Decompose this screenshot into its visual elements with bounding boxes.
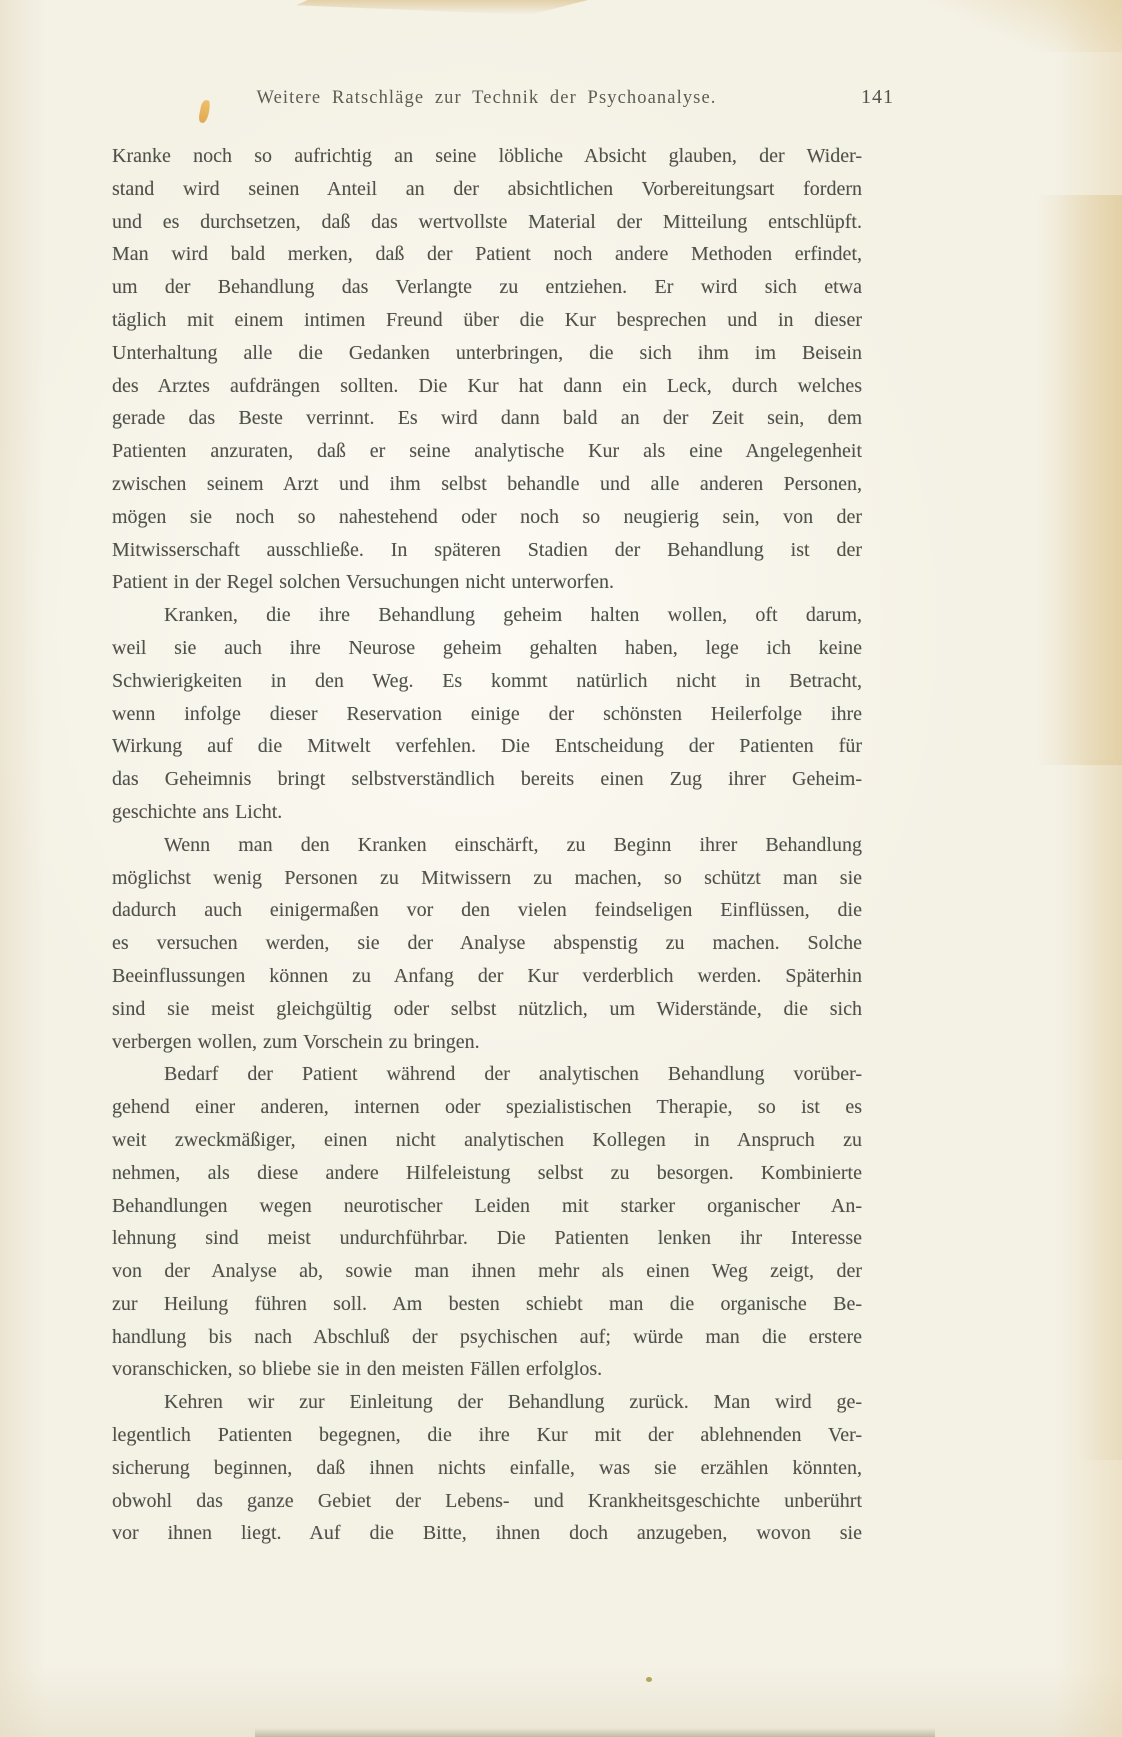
text-line: handlung bis nach Abschluß der psychisch… [112, 1321, 862, 1354]
top-right-corner-shading [912, 0, 1122, 52]
bottom-edge-shadow [255, 1728, 935, 1737]
text-line: Wenn man den Kranken einschärft, zu Begi… [112, 829, 862, 862]
book-page: Weitere Ratschläge zur Technik der Psych… [0, 0, 1122, 1737]
text-line: nehmen, als diese andere Hilfeleistung s… [112, 1157, 862, 1190]
page-header: Weitere Ratschläge zur Technik der Psych… [112, 86, 894, 109]
text-line: Man wird bald merken, daß der Patient no… [112, 238, 862, 271]
text-line: obwohl das ganze Gebiet der Lebens- und … [112, 1485, 862, 1518]
text-line: des Arztes aufdrängen sollten. Die Kur h… [112, 370, 862, 403]
right-edge-shading [1037, 195, 1122, 765]
text-line: lehnung sind meist undurchführbar. Die P… [112, 1222, 862, 1255]
page-number: 141 [861, 86, 894, 109]
text-line: vor ihnen liegt. Auf die Bitte, ihnen do… [112, 1517, 862, 1550]
text-line: Beeinflussungen können zu Anfang der Kur… [112, 960, 862, 993]
text-line: Patient in der Regel solchen Versuchunge… [112, 566, 862, 599]
text-line: legentlich Patienten begegnen, die ihre … [112, 1419, 862, 1452]
text-line: es versuchen werden, sie der Analyse abs… [112, 927, 862, 960]
top-edge-shadow [296, 0, 588, 15]
text-line: stand wird seinen Anteil an der absichtl… [112, 173, 862, 206]
text-line: weil sie auch ihre Neurose geheim gehalt… [112, 632, 862, 665]
text-line: Wirkung auf die Mitwelt verfehlen. Die E… [112, 730, 862, 763]
text-line: weit zweckmäßiger, einen nicht analytisc… [112, 1124, 862, 1157]
text-line: täglich mit einem intimen Freund über di… [112, 304, 862, 337]
text-line: gehend einer anderen, internen oder spez… [112, 1091, 862, 1124]
text-line: sind sie meist gleichgültig oder selbst … [112, 993, 862, 1026]
text-line: Kehren wir zur Einleitung der Behandlung… [112, 1386, 862, 1419]
running-title: Weitere Ratschläge zur Technik der Psych… [112, 88, 861, 109]
text-line: verbergen wollen, zum Vorschein zu bring… [112, 1026, 862, 1059]
right-edge-shading-lower [1077, 760, 1122, 1460]
body-text: Kranke noch so aufrichtig an seine löbli… [112, 140, 862, 1550]
text-line: Schwierigkeiten in den Weg. Es kommt nat… [112, 665, 862, 698]
text-line: Behandlungen wegen neurotischer Leiden m… [112, 1190, 862, 1223]
text-line: geschichte ans Licht. [112, 796, 862, 829]
text-line: und es durchsetzen, daß das wertvollste … [112, 206, 862, 239]
text-line: Kranke noch so aufrichtig an seine löbli… [112, 140, 862, 173]
text-line: Mitwisserschaft ausschließe. In späteren… [112, 534, 862, 567]
text-line: möglichst wenig Personen zu Mitwissern z… [112, 862, 862, 895]
text-line: das Geheimnis bringt selbstverständlich … [112, 763, 862, 796]
text-line: Patienten anzuraten, daß er seine analyt… [112, 435, 862, 468]
text-line: Bedarf der Patient während der analytisc… [112, 1058, 862, 1091]
text-line: mögen sie noch so nahestehend oder noch … [112, 501, 862, 534]
text-line: um der Behandlung das Verlangte zu entzi… [112, 271, 862, 304]
text-line: dadurch auch einigermaßen vor den vielen… [112, 894, 862, 927]
text-line: zur Heilung führen soll. Am besten schie… [112, 1288, 862, 1321]
text-line: voranschicken, so bliebe sie in den meis… [112, 1353, 862, 1386]
text-line: wenn infolge dieser Reservation einige d… [112, 698, 862, 731]
text-line: zwischen seinem Arzt und ihm selbst beha… [112, 468, 862, 501]
speck-stain [646, 1677, 652, 1682]
text-line: sicherung beginnen, daß ihnen nichts ein… [112, 1452, 862, 1485]
text-line: gerade das Beste verrinnt. Es wird dann … [112, 402, 862, 435]
text-line: Unterhaltung alle die Gedanken unterbrin… [112, 337, 862, 370]
text-line: Kranken, die ihre Behandlung geheim halt… [112, 599, 862, 632]
text-line: von der Analyse ab, sowie man ihnen mehr… [112, 1255, 862, 1288]
